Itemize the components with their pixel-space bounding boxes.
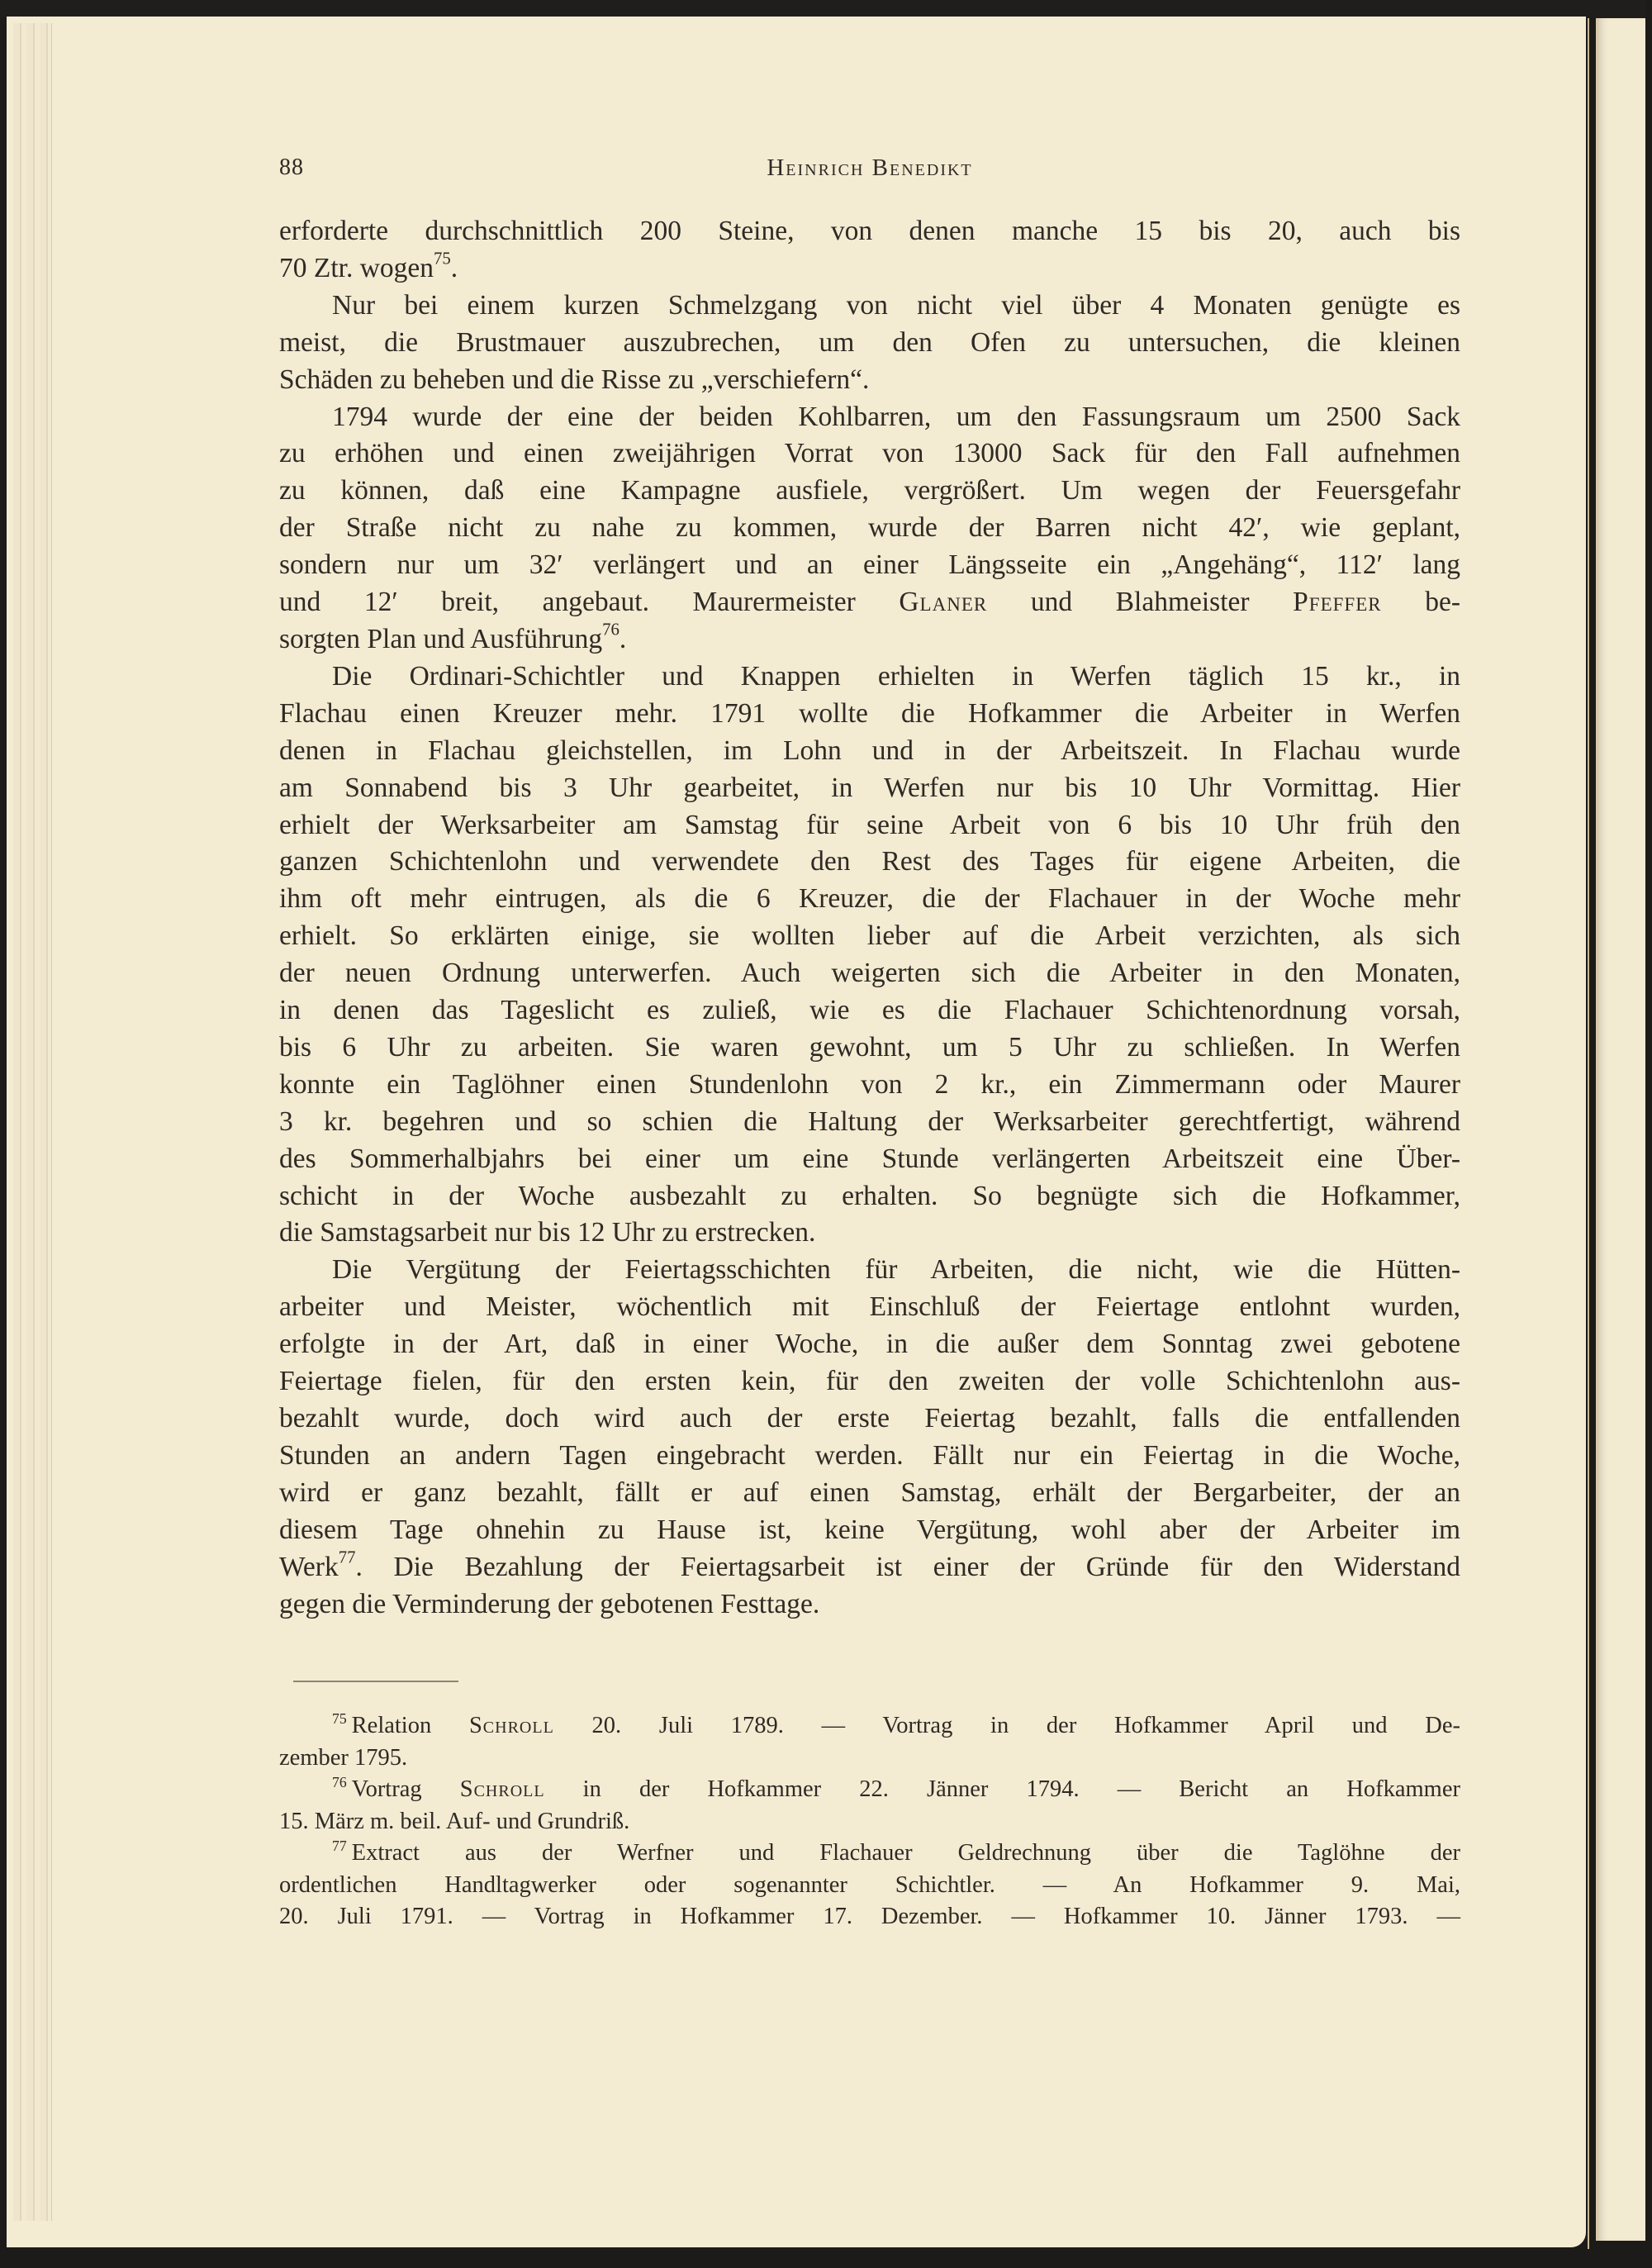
- text-run: .: [451, 253, 458, 283]
- text-line: 75Relation Schroll 20. Juli 1789. — Vort…: [279, 1710, 1460, 1743]
- text-run: in der Hofkammer 22. Jänner 1794. — Beri…: [545, 1776, 1460, 1802]
- text-run: und 12′ breit, angebaut. Maurermeister: [279, 587, 899, 617]
- text-line: Schäden zu beheben und die Risse zu „ver…: [279, 362, 1460, 399]
- person-name-glaner: Glaner: [899, 587, 987, 617]
- text-run: Relation: [352, 1713, 469, 1738]
- text-line: in denen das Tageslicht es zuließ, wie e…: [279, 992, 1460, 1029]
- running-head: 88 Heinrich Benedikt: [279, 151, 1460, 184]
- paragraph-4: Die Ordinari-Schichtler und Knappen erhi…: [279, 659, 1460, 1253]
- book-gutter: [1588, 18, 1589, 2249]
- text-line: 3 kr. begehren und so schien die Haltung…: [279, 1104, 1460, 1141]
- page-stack-edge: [13, 23, 52, 2221]
- text-line: 70 Ztr. wogen75.: [279, 250, 1460, 288]
- text-line: zu können, daß eine Kampagne ausfiele, v…: [279, 473, 1460, 510]
- paragraph-1: erforderte durchschnittlich 200 Steine, …: [279, 213, 1460, 288]
- paragraph-2: Nur bei einem kurzen Schmelzgang von nic…: [279, 288, 1460, 399]
- text-line: Die Ordinari-Schichtler und Knappen erhi…: [279, 659, 1460, 696]
- scan-bottom-edge: [0, 2249, 1652, 2268]
- scan-top-edge: [0, 0, 1652, 18]
- text-line: arbeiter und Meister, wöchentlich mit Ei…: [279, 1289, 1460, 1326]
- paragraph-5: Die Vergütung der Feiertagsschichten für…: [279, 1252, 1460, 1623]
- text-line: des Sommerhalbjahrs bei einer um eine St…: [279, 1141, 1460, 1178]
- text-line: Feiertage fielen, für den ersten kein, f…: [279, 1363, 1460, 1400]
- text-run: 20. Juli 1789. — Vortrag in der Hofkamme…: [554, 1713, 1460, 1738]
- text-run: .: [619, 624, 626, 654]
- text-line: Nur bei einem kurzen Schmelzgang von nic…: [279, 288, 1460, 325]
- text-line: Flachau einen Kreuzer mehr. 1791 wollte …: [279, 696, 1460, 733]
- text-line: zember 1795.: [279, 1743, 1460, 1775]
- footnote-number: 75: [332, 1710, 347, 1727]
- footnote-separator: [293, 1681, 458, 1682]
- text-line: am Sonnabend bis 3 Uhr gearbeitet, in We…: [279, 770, 1460, 807]
- running-title: Heinrich Benedikt: [279, 151, 1460, 184]
- text-line: meist, die Brustmauer auszubrechen, um d…: [279, 325, 1460, 362]
- text-line: konnte ein Taglöhner einen Stundenlohn v…: [279, 1067, 1460, 1104]
- text-line: erhielt der Werksarbeiter am Samstag für…: [279, 807, 1460, 844]
- text-line: erhielt. So erklärten einige, sie wollte…: [279, 918, 1460, 955]
- text-line: Stunden an andern Tagen eingebracht werd…: [279, 1438, 1460, 1475]
- text-run: und Blahmeister: [987, 587, 1293, 617]
- text-line: ganzen Schichtenlohn und verwendete den …: [279, 844, 1460, 881]
- scan-right-edge: [1645, 0, 1652, 2268]
- text-line: zu erhöhen und einen zweijährigen Vorrat…: [279, 435, 1460, 473]
- text-line: 76Vortrag Schroll in der Hofkammer 22. J…: [279, 1774, 1460, 1806]
- footnote-ref-77[interactable]: 77: [339, 1548, 356, 1567]
- text-line: ihm oft mehr eintrugen, als die 6 Kreuze…: [279, 881, 1460, 918]
- person-name-schroll: Schroll: [469, 1713, 554, 1738]
- text-run: Werk: [279, 1552, 339, 1582]
- footnote-77: 77Extract aus der Werfner und Flachauer …: [279, 1838, 1460, 1933]
- text-line: der neuen Ordnung unterwerfen. Auch weig…: [279, 955, 1460, 992]
- text-line: schicht in der Woche ausbezahlt zu erhal…: [279, 1178, 1460, 1215]
- text-line: bis 6 Uhr zu arbeiten. Sie waren gewohnt…: [279, 1029, 1460, 1067]
- text-line: 20. Juli 1791. — Vortrag in Hofkammer 17…: [279, 1901, 1460, 1933]
- text-line: ordentlichen Handltagwerker oder sogenan…: [279, 1870, 1460, 1902]
- text-line: und 12′ breit, angebaut. Maurermeister G…: [279, 584, 1460, 621]
- footnote-number: 77: [332, 1838, 347, 1854]
- footnote-75: 75Relation Schroll 20. Juli 1789. — Vort…: [279, 1710, 1460, 1774]
- text-line: Die Vergütung der Feiertagsschichten für…: [279, 1252, 1460, 1289]
- person-name-schroll: Schroll: [460, 1776, 545, 1802]
- text-line: diesem Tage ohnehin zu Hause ist, keine …: [279, 1512, 1460, 1549]
- text-run: be-: [1382, 587, 1460, 617]
- text-run: . Die Bezahlung der Feiertagsarbeit ist …: [355, 1552, 1460, 1582]
- text-line: gegen die Verminderung der gebotenen Fes…: [279, 1586, 1460, 1624]
- text-line: 15. März m. beil. Auf- und Grundriß.: [279, 1806, 1460, 1838]
- footnote-76: 76Vortrag Schroll in der Hofkammer 22. J…: [279, 1774, 1460, 1838]
- footnote-number: 76: [332, 1774, 347, 1790]
- text-line: 77Extract aus der Werfner und Flachauer …: [279, 1838, 1460, 1870]
- text-line: 1794 wurde der eine der beiden Kohlbarre…: [279, 399, 1460, 436]
- text-run: 70 Ztr. wogen: [279, 253, 434, 283]
- text-line: der Straße nicht zu nahe zu kommen, wurd…: [279, 510, 1460, 547]
- text-run: sorgten Plan und Ausführung: [279, 624, 602, 654]
- text-line: sorgten Plan und Ausführung76.: [279, 621, 1460, 659]
- text-line: bezahlt wurde, doch wird auch der erste …: [279, 1400, 1460, 1438]
- paragraph-3: 1794 wurde der eine der beiden Kohlbarre…: [279, 399, 1460, 659]
- text-line: erfolgte in der Art, daß in einer Woche,…: [279, 1326, 1460, 1363]
- text-line: Werk77. Die Bezahlung der Feiertagsarbei…: [279, 1549, 1460, 1586]
- text-line: sondern nur um 32′ verlängert und an ein…: [279, 547, 1460, 584]
- text-run: Extract aus der Werfner und Flachauer Ge…: [352, 1840, 1460, 1866]
- body-text: erforderte durchschnittlich 200 Steine, …: [279, 213, 1460, 1623]
- text-line: denen in Flachau gleichstellen, im Lohn …: [279, 733, 1460, 770]
- footnotes: 75Relation Schroll 20. Juli 1789. — Vort…: [279, 1710, 1460, 1933]
- footnote-ref-75[interactable]: 75: [434, 249, 451, 268]
- text-line: die Samstagsarbeit nur bis 12 Uhr zu ers…: [279, 1215, 1460, 1252]
- next-page-edge: [1596, 18, 1648, 2241]
- person-name-pfeffer: Pfeffer: [1293, 587, 1381, 617]
- text-line: wird er ganz bezahlt, fällt er auf einen…: [279, 1475, 1460, 1512]
- footnote-ref-76[interactable]: 76: [602, 620, 619, 639]
- text-run: Vortrag: [352, 1776, 460, 1802]
- text-line: erforderte durchschnittlich 200 Steine, …: [279, 213, 1460, 250]
